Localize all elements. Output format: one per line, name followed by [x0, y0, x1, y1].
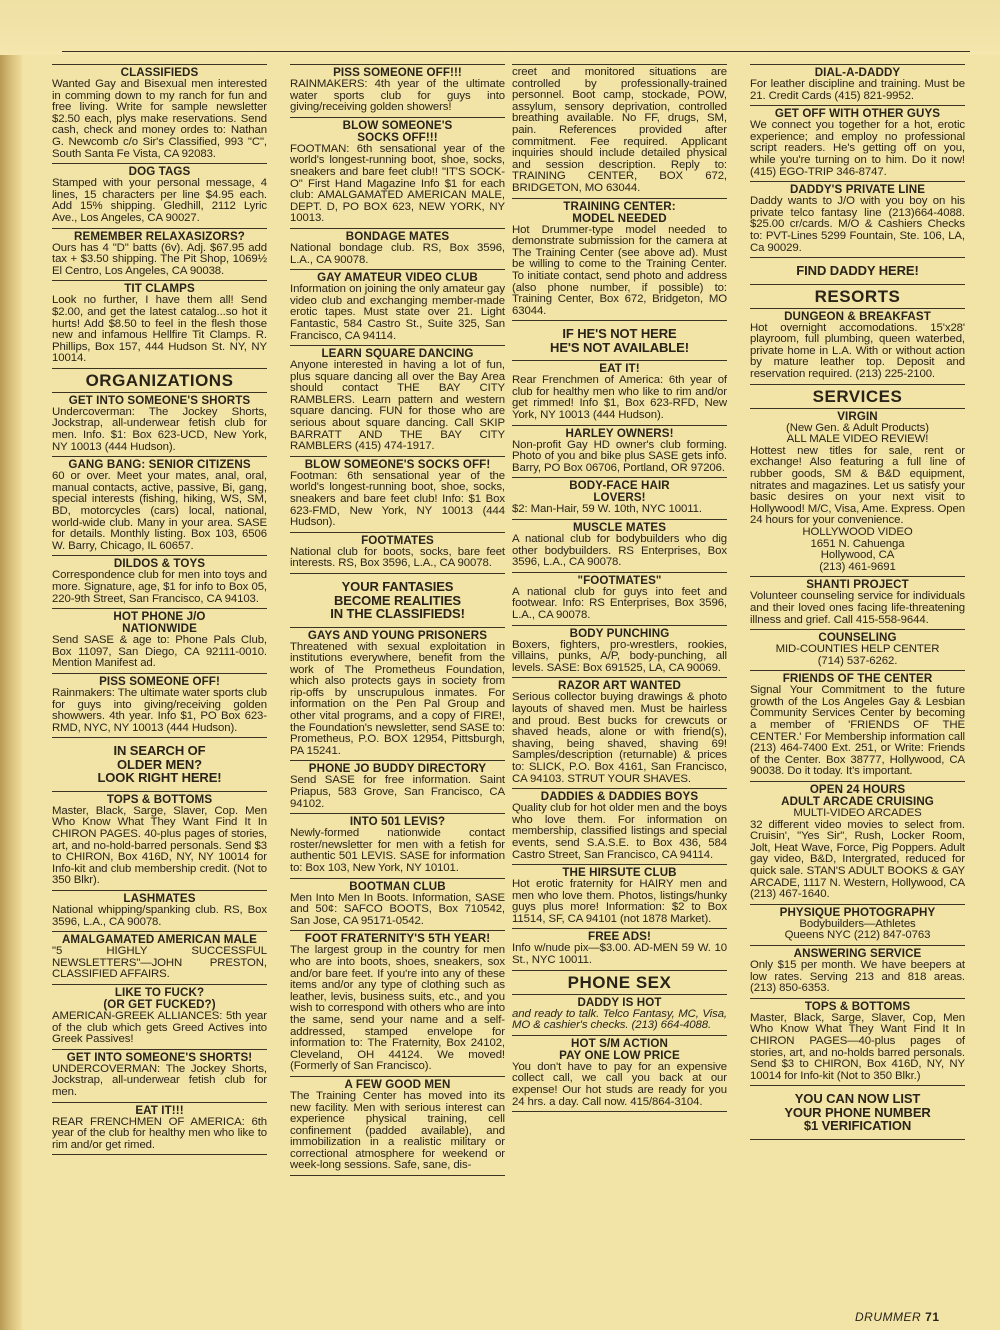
ad-heading: DADDY IS HOT [512, 997, 727, 1009]
ad-body: Rainmakers: The ultimate water sports cl… [52, 688, 267, 734]
page-footer: DRUMMER71 [855, 1310, 940, 1324]
ad-heading: TOPS & BOTTOMS [750, 1001, 965, 1013]
ad-body: Serious collector buying drawings & phot… [512, 692, 727, 785]
classified-ad: DADDY IS HOTand ready to talk. Telco Fan… [512, 995, 727, 1036]
ad-body: National whipping/spanking club. RS, Box… [52, 905, 267, 928]
classified-ad: TOPS & BOTTOMSMaster, Black, Sarge, Slav… [750, 999, 965, 1087]
classified-ad: BODY-FACE HAIR LOVERS!$2: Man-Hair, 59 W… [512, 478, 727, 520]
ad-heading: REMEMBER RELAXASIZORS? [52, 231, 267, 243]
ad-heading: HOT PHONE J/O NATIONWIDE [52, 611, 267, 635]
classified-ad: BODY PUNCHINGBoxers, fighters, pro-wrest… [512, 626, 727, 679]
section-heading: ORGANIZATIONS [52, 369, 267, 393]
ad-body: Hot erotic fraternity for HAIRY men and … [512, 879, 727, 925]
section-heading: SERVICES [750, 385, 965, 409]
ad-body: Rear Frenchmen of America: 6th year of c… [512, 375, 727, 421]
ad-body: Send SASE & age to: Phone Pals Club, Box… [52, 635, 267, 670]
classified-ad: DADDIES & DADDIES BOYSQuality club for h… [512, 789, 727, 865]
ad-heading: "FOOTMATES" [512, 575, 727, 587]
ad-heading: DUNGEON & BREAKFAST [750, 311, 965, 323]
ad-body: Quality club for hot older men and the b… [512, 803, 727, 861]
page-number: 71 [925, 1310, 939, 1324]
ad-body: Volunteer counseling service for individ… [750, 591, 965, 626]
classified-ad: PISS SOMEONE OFF!Rainmakers: The ultimat… [52, 674, 267, 738]
ad-body: Info w/nude pix—$3.00. AD-MEN 59 W. 10 S… [512, 943, 727, 966]
classified-ad: GAYS AND YOUNG PRISONERSThreatened with … [290, 628, 505, 762]
classified-ad: PHONE JO BUDDY DIRECTORYSend SASE for fr… [290, 761, 505, 814]
ad-body: Send SASE for free information. Saint Pr… [290, 775, 505, 810]
ad-heading: HOT S/M ACTION PAY ONE LOW PRICE [512, 1038, 727, 1062]
classified-ad: VIRGIN(New Gen. & Adult Products) ALL MA… [750, 409, 965, 578]
classified-ad: AMALGAMATED AMERICAN MALE"5 HIGHLY SUCCE… [52, 932, 267, 985]
ad-heading: FOOTMATES [290, 535, 505, 547]
ad-body: Footman: 6th sensational year of the wor… [290, 471, 505, 529]
classified-ad: "FOOTMATES"A national club for guys into… [512, 573, 727, 626]
ad-body: creet and monitored situations are contr… [512, 67, 727, 195]
ad-body: Hot Drummer-type model needed to demonst… [512, 225, 727, 318]
ad-body: "5 HIGHLY SUCCESSFUL NEWSLETTERS"—JOHN P… [52, 946, 267, 981]
section-heading: PHONE SEX [512, 971, 727, 995]
ad-body: Non-profit Gay HD owner's club forming. … [512, 440, 727, 475]
ad-body: Anyone interested in having a lot of fun… [290, 360, 505, 453]
ad-body: Master, Black, Sarge, Slaver, Cop. Men W… [52, 806, 267, 887]
ad-body: We connect you together for a hot, eroti… [750, 120, 965, 178]
ad-body: Undercoverman: The Jockey Shorts, Jockst… [52, 407, 267, 453]
classified-ad: GET INTO SOMEONE'S SHORTSUndercoverman: … [52, 393, 267, 457]
ad-body: Bodybuilders—Athletes Queens NYC (212) 8… [750, 919, 965, 942]
classified-ad: PHYSIQUE PHOTOGRAPHYBodybuilders—Athlete… [750, 905, 965, 946]
ad-body: 60 or over. Meet your mates, anal, oral,… [52, 471, 267, 552]
magazine-name: DRUMMER [855, 1310, 921, 1324]
ad-body: Information on joining the only amateur … [290, 284, 505, 342]
classified-ad: FREE ADS!Info w/nude pix—$3.00. AD-MEN 5… [512, 929, 727, 970]
classified-ad: CLASSIFIEDSWanted Gay and Bisexual men i… [52, 64, 267, 164]
ad-body: Men Into Men In Boots. Information, SASE… [290, 893, 505, 928]
ad-heading: BODY-FACE HAIR LOVERS! [512, 480, 727, 504]
page-top-margin [0, 0, 1000, 55]
ad-body: The largest group in the country for men… [290, 945, 505, 1073]
ad-body: A national club for guys into feet and f… [512, 587, 727, 622]
classified-ad: FOOTMATESNational club for boots, socks,… [290, 533, 505, 574]
ad-heading: VIRGIN [750, 411, 965, 423]
banner-heading: IN SEARCH OF OLDER MEN? LOOK RIGHT HERE! [52, 738, 267, 792]
ad-heading: EAT IT!!! [52, 1105, 267, 1117]
classified-ad: LASHMATESNational whipping/spanking club… [52, 891, 267, 932]
classified-ad: creet and monitored situations are contr… [512, 64, 727, 199]
classified-ad: TRAINING CENTER: MODEL NEEDEDHot Drummer… [512, 199, 727, 322]
top-rule [62, 51, 970, 52]
ad-body: UNDERCOVERMAN: The Jockey Shorts, Jockst… [52, 1064, 267, 1099]
classified-ad: HARLEY OWNERS!Non-profit Gay HD owner's … [512, 426, 727, 479]
classified-ad: TIT CLAMPSLook no further, I have them a… [52, 281, 267, 369]
ad-body: Ours has 4 "D" batts (6v). Adj. $67.95 a… [52, 243, 267, 278]
ad-body: FOOTMAN: 6th sensational year of the wor… [290, 144, 505, 225]
classified-ad: A FEW GOOD MENThe Training Center has mo… [290, 1077, 505, 1176]
ad-body: Look no further, I have them all! Send $… [52, 295, 267, 365]
ad-body: $2: Man-Hair, 59 W. 10th, NYC 10011. [512, 504, 727, 516]
classified-ad: GET INTO SOMEONE'S SHORTS!UNDERCOVERMAN:… [52, 1050, 267, 1103]
classified-ad: PISS SOMEONE OFF!!!RAINMAKERS: 4th year … [290, 64, 505, 118]
classified-ad: GANG BANG: SENIOR CITIZENS60 or over. Me… [52, 457, 267, 556]
ad-body: A national club for bodybuilders who dig… [512, 534, 727, 569]
classified-ad: BOOTMAN CLUBMen Into Men In Boots. Infor… [290, 879, 505, 932]
banner-heading: YOU CAN NOW LIST YOUR PHONE NUMBER $1 VE… [750, 1086, 965, 1140]
ad-body: Daddy wants to J/O with you boy on his p… [750, 196, 965, 254]
ad-body: Boxers, fighters, pro-wrestlers, rookies… [512, 640, 727, 675]
classified-ad: DIAL-A-DADDYFor leather discipline and t… [750, 64, 965, 106]
section-heading: RESORTS [750, 285, 965, 309]
classified-ad: GET OFF WITH OTHER GUYSWe connect you to… [750, 106, 965, 182]
classified-ad: DILDOS & TOYSCorrespondence club for men… [52, 556, 267, 609]
column-2: PISS SOMEONE OFF!!!RAINMAKERS: 4th year … [290, 64, 505, 1176]
ad-heading: PHYSIQUE PHOTOGRAPHY [750, 907, 965, 919]
banner-heading: YOUR FANTASIES BECOME REALITIES IN THE C… [290, 574, 505, 628]
classified-ad: BLOW SOMEONE'S SOCKS OFF!!!FOOTMAN: 6th … [290, 118, 505, 229]
ad-heading: GET INTO SOMEONE'S SHORTS! [52, 1052, 267, 1064]
ad-body: MID-COUNTIES HELP CENTER (714) 537-6262. [750, 644, 965, 667]
classified-ad: BLOW SOMEONE'S SOCKS OFF!Footman: 6th se… [290, 457, 505, 533]
banner-heading: FIND DADDY HERE! [750, 258, 965, 285]
ad-body: AMERICAN-GREEK ALLIANCES: 5th year of th… [52, 1011, 267, 1046]
classified-ad: HOT S/M ACTION PAY ONE LOW PRICEYou don'… [512, 1036, 727, 1112]
ad-body: You don't have to pay for an expensive c… [512, 1062, 727, 1108]
ad-heading: GAYS AND YOUNG PRISONERS [290, 630, 505, 642]
ad-heading: LIKE TO FUCK? (OR GET FUCKED?) [52, 987, 267, 1011]
ad-body: Only $15 per month. We have beepers at l… [750, 960, 965, 995]
ad-body: For leather discipline and training. Mus… [750, 79, 965, 102]
ad-body: Hot overnight accomodations. 15'x28' pla… [750, 323, 965, 381]
ad-body: Threatened with sexual exploitation in i… [290, 642, 505, 758]
classified-ad: FRIENDS OF THE CENTERSignal Your Commitm… [750, 671, 965, 782]
classified-ad: MUSCLE MATESA national club for bodybuil… [512, 520, 727, 573]
column-3: creet and monitored situations are contr… [512, 64, 727, 1112]
ad-body: Master, Black, Sarge, Slaver, Cop, Men W… [750, 1013, 965, 1083]
column-4: DIAL-A-DADDYFor leather discipline and t… [750, 64, 965, 1140]
classified-ad: SHANTI PROJECTVolunteer counseling servi… [750, 577, 965, 630]
classified-ad: EAT IT!Rear Frenchmen of America: 6th ye… [512, 361, 727, 425]
ad-body: Correspondence club for men into toys an… [52, 570, 267, 605]
page-spine [0, 0, 22, 1330]
classified-ad: DOG TAGSStamped with your personal messa… [52, 164, 267, 228]
ad-body: Stamped with your personal message, 4 li… [52, 178, 267, 224]
ad-address: HOLLYWOOD VIDEO 1651 N. Cahuenga Hollywo… [750, 527, 965, 573]
ad-body: National club for boots, socks, bare fee… [290, 547, 505, 570]
ad-body: Newly-formed nationwide contact roster/n… [290, 828, 505, 874]
ad-body: National bondage club. RS, Box 3596, L.A… [290, 243, 505, 266]
classified-ad: ANSWERING SERVICEOnly $15 per month. We … [750, 946, 965, 999]
ad-body: REAR FRENCHMEN OF AMERICA: 6th year of t… [52, 1117, 267, 1152]
classified-ad: LEARN SQUARE DANCINGAnyone interested in… [290, 346, 505, 457]
ad-heading: TRAINING CENTER: MODEL NEEDED [512, 201, 727, 225]
classified-ad: TOPS & BOTTOMSMaster, Black, Sarge, Slav… [52, 792, 267, 891]
ad-subheading: MULTI-VIDEO ARCADES [750, 808, 965, 820]
ad-heading: OPEN 24 HOURS ADULT ARCADE CRUISING [750, 784, 965, 808]
ad-heading: BLOW SOMEONE'S SOCKS OFF!!! [290, 120, 505, 144]
classified-ad: THE HIRSUTE CLUBHot erotic fraternity fo… [512, 865, 727, 929]
classified-ad: HOT PHONE J/O NATIONWIDESend SASE & age … [52, 609, 267, 674]
ad-body: RAINMAKERS: 4th year of the ultimate wat… [290, 79, 505, 114]
ad-body: and ready to talk. Telco Fantasy, MC, Vi… [512, 1009, 727, 1032]
classified-ad: EAT IT!!!REAR FRENCHMEN OF AMERICA: 6th … [52, 1103, 267, 1156]
ad-heading: BOOTMAN CLUB [290, 881, 505, 893]
ad-body: Wanted Gay and Bisexual men interested i… [52, 79, 267, 160]
ad-body: The Training Center has moved into its n… [290, 1091, 505, 1172]
classified-ad: DUNGEON & BREAKFASTHot overnight accomod… [750, 309, 965, 385]
ad-body: Hottest new titles for sale, rent or exc… [750, 446, 965, 527]
column-1: CLASSIFIEDSWanted Gay and Bisexual men i… [52, 64, 267, 1155]
classified-ad: OPEN 24 HOURS ADULT ARCADE CRUISINGMULTI… [750, 782, 965, 905]
classified-ad: FOOT FRATERNITY'S 5TH YEAR!The largest g… [290, 931, 505, 1077]
ad-subheading: (New Gen. & Adult Products) ALL MALE VID… [750, 423, 965, 446]
classified-ad: LIKE TO FUCK? (OR GET FUCKED?)AMERICAN-G… [52, 985, 267, 1050]
classified-ad: REMEMBER RELAXASIZORS?Ours has 4 "D" bat… [52, 229, 267, 282]
ad-body: Signal Your Commitment to the future gro… [750, 685, 965, 778]
ad-heading: HARLEY OWNERS! [512, 428, 727, 440]
banner-heading: IF HE'S NOT HERE HE'S NOT AVAILABLE! [512, 321, 727, 361]
classified-ad: RAZOR ART WANTEDSerious collector buying… [512, 678, 727, 789]
classified-ad: COUNSELINGMID-COUNTIES HELP CENTER (714)… [750, 630, 965, 671]
classified-ad: BONDAGE MATESNational bondage club. RS, … [290, 229, 505, 270]
ad-body: 32 different video movies to select from… [750, 820, 965, 901]
classified-ad: GAY AMATEUR VIDEO CLUBInformation on joi… [290, 270, 505, 346]
classified-ad: DADDY'S PRIVATE LINEDaddy wants to J/O w… [750, 182, 965, 258]
classified-ad: INTO 501 LEVIS?Newly-formed nationwide c… [290, 814, 505, 878]
ad-heading: BODY PUNCHING [512, 628, 727, 640]
